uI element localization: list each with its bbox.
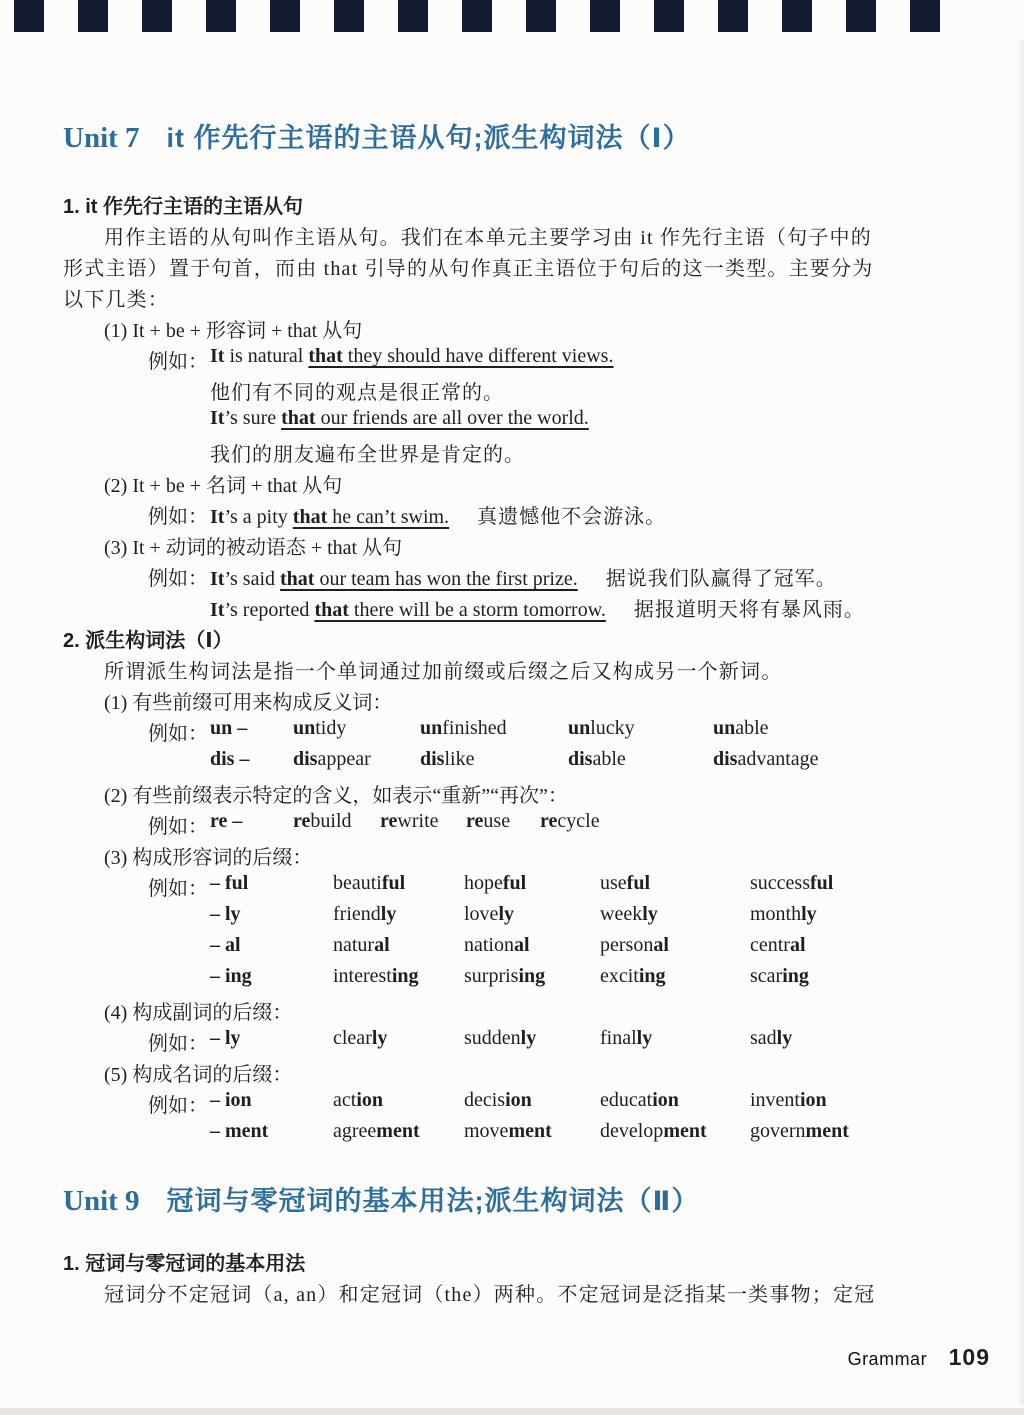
sub1-head-row: (1) 有些前缀可用来构成反义词： bbox=[0, 686, 1024, 717]
section2-para: 所谓派生构词法是指一个单词通过加前缀或后缀之后又构成另一个新词。 bbox=[104, 655, 782, 684]
prefix-cell: un – bbox=[210, 717, 247, 740]
word-row: 例如： re – rebuild rewrite reuse recycle bbox=[0, 810, 1024, 841]
footer-section-label: Grammar bbox=[848, 1349, 928, 1369]
example-english: It’s reported that there will be a storm… bbox=[210, 599, 606, 621]
word-row: – ing interesting surprising exciting sc… bbox=[0, 965, 1024, 996]
page-right-edge-shadow bbox=[1017, 40, 1024, 1405]
example-label: 例如： bbox=[148, 1027, 208, 1056]
sub5-head-row: (5) 构成名词的后缀： bbox=[0, 1058, 1024, 1089]
intro-line-2: 形式主语）置于句首，而由 that 引导的从句作真正主语位于句后的这一类型。主要… bbox=[63, 252, 873, 281]
sub2-head: (2) 有些前缀表示特定的含义，如表示“重新”“再次”： bbox=[104, 779, 568, 808]
word-row: – ment agreement movement development go… bbox=[0, 1120, 1024, 1151]
example-row: It’s reported that there will be a storm… bbox=[0, 593, 1024, 624]
prefix-cell: – ing bbox=[210, 965, 252, 988]
type3-head: (3) It + 动词的被动语态 + that 从句 bbox=[104, 531, 402, 560]
section1-heading-row: 1. it 作先行主语的主语从句 bbox=[0, 190, 1024, 221]
unit7-heading: Unit 7 it 作先行主语的主语从句;派生构词法（Ⅰ） bbox=[63, 116, 1024, 160]
sub4-head: (4) 构成副词的后缀： bbox=[104, 996, 292, 1025]
binding-stripe bbox=[398, 0, 428, 32]
prefix-cell: dis – bbox=[210, 748, 249, 771]
example-row: It’s sure that our friends are all over … bbox=[0, 407, 1024, 438]
binding-stripe bbox=[846, 0, 876, 32]
word-cell: national bbox=[464, 934, 530, 957]
section2-para-row: 所谓派生构词法是指一个单词通过加前缀或后缀之后又构成另一个新词。 bbox=[0, 655, 1024, 686]
intro-line-3: 以下几类： bbox=[63, 283, 169, 312]
binding-stripe bbox=[334, 0, 364, 32]
word-row: dis – disappear dislike disable disadvan… bbox=[0, 748, 1024, 779]
word-cell: government bbox=[750, 1120, 849, 1143]
binding-stripe bbox=[526, 0, 556, 32]
binding-stripe bbox=[14, 0, 44, 32]
word-row: 例如： – ful beautiful hopeful useful succe… bbox=[0, 872, 1024, 903]
binding-stripe bbox=[590, 0, 620, 32]
type1-head: (1) It + be + 形容词 + that 从句 bbox=[104, 314, 362, 343]
word-cell: clearly bbox=[333, 1027, 387, 1050]
example-row: 例如： It’s a pity that he can’t swim.真遗憾他不… bbox=[0, 500, 1024, 531]
word-cell: finally bbox=[600, 1027, 652, 1050]
word-row: 例如： – ion action decision education inve… bbox=[0, 1089, 1024, 1120]
word-cell: unlucky bbox=[568, 717, 635, 740]
translation-row: 我们的朋友遍布全世界是肯定的。 bbox=[0, 438, 1024, 469]
word-cell: disappear bbox=[293, 748, 371, 771]
sub1-head: (1) 有些前缀可用来构成反义词： bbox=[104, 686, 392, 715]
example-label: 例如： bbox=[148, 1089, 208, 1118]
unit9-number: Unit 9 bbox=[63, 1185, 140, 1217]
word-cell: natural bbox=[333, 934, 390, 957]
word-row: 例如： – ly clearly suddenly finally sadly bbox=[0, 1027, 1024, 1058]
example-english: It is natural that they should have diff… bbox=[210, 345, 613, 368]
example-label: 例如： bbox=[148, 872, 208, 901]
binding-stripe bbox=[718, 0, 748, 32]
section2-heading: 2. 派生构词法（Ⅰ） bbox=[63, 624, 233, 653]
word-cell: sadly bbox=[750, 1027, 792, 1050]
binding-stripe bbox=[654, 0, 684, 32]
intro-line: 以下几类： bbox=[0, 283, 1024, 314]
word-cell: recycle bbox=[540, 810, 600, 833]
word-cell: lovely bbox=[464, 903, 514, 926]
type2-head: (2) It + be + 名词 + that 从句 bbox=[104, 469, 342, 498]
example-translation: 据说我们队赢得了冠军。 bbox=[606, 568, 837, 590]
word-cell: successful bbox=[750, 872, 833, 895]
example-english: It’s a pity that he can’t swim. bbox=[210, 506, 449, 528]
word-cell: hopeful bbox=[464, 872, 526, 895]
example-translation: 真遗憾他不会游泳。 bbox=[477, 506, 666, 528]
intro-line-1: 用作主语的从句叫作主语从句。我们在本单元主要学习由 it 作先行主语（句子中的 bbox=[104, 221, 872, 250]
footer-page-number: 109 bbox=[949, 1344, 990, 1370]
sub4-head-row: (4) 构成副词的后缀： bbox=[0, 996, 1024, 1027]
prefix-cell: – ly bbox=[210, 903, 241, 926]
word-cell: personal bbox=[600, 934, 669, 957]
word-cell: interesting bbox=[333, 965, 419, 988]
word-cell: development bbox=[600, 1120, 707, 1143]
type1-head-row: (1) It + be + 形容词 + that 从句 bbox=[0, 314, 1024, 345]
unit9-section1-heading: 1. 冠词与零冠词的基本用法 bbox=[63, 1247, 305, 1276]
unit9-para: 冠词分不定冠词（a, an）和定冠词（the）两种。不定冠词是泛指某一类事物；定… bbox=[104, 1278, 875, 1307]
word-cell: untidy bbox=[293, 717, 346, 740]
word-row: 例如： un – untidy unfinished unlucky unabl… bbox=[0, 717, 1024, 748]
word-cell: surprising bbox=[464, 965, 545, 988]
example-line: It’s a pity that he can’t swim.真遗憾他不会游泳。 bbox=[210, 500, 666, 529]
binding-stripe bbox=[270, 0, 300, 32]
word-cell: disable bbox=[568, 748, 626, 771]
prefix-cell: re – bbox=[210, 810, 242, 833]
sub3-head: (3) 构成形容词的后缀： bbox=[104, 841, 312, 870]
unit9-section1-heading-row: 1. 冠词与零冠词的基本用法 bbox=[0, 1247, 1024, 1278]
example-english: It’s sure that our friends are all over … bbox=[210, 407, 589, 430]
page-bottom-edge bbox=[0, 1408, 1024, 1415]
binding-stripe bbox=[206, 0, 236, 32]
unit9-title-text: 冠词与零冠词的基本用法;派生构词法（Ⅱ） bbox=[167, 1186, 700, 1216]
unit9-para-row: 冠词分不定冠词（a, an）和定冠词（the）两种。不定冠词是泛指某一类事物；定… bbox=[0, 1278, 1024, 1309]
word-cell: education bbox=[600, 1089, 679, 1112]
prefix-cell: – ful bbox=[210, 872, 248, 895]
binding-stripe bbox=[78, 0, 108, 32]
word-row: – ly friendly lovely weekly monthly bbox=[0, 903, 1024, 934]
word-cell: movement bbox=[464, 1120, 552, 1143]
unit9-heading: Unit 9 冠词与零冠词的基本用法;派生构词法（Ⅱ） bbox=[63, 1179, 1024, 1223]
binding-stripes bbox=[0, 0, 1024, 32]
translation-row: 他们有不同的观点是很正常的。 bbox=[0, 376, 1024, 407]
word-cell: weekly bbox=[600, 903, 658, 926]
word-cell: invention bbox=[750, 1089, 827, 1112]
example-translation: 我们的朋友遍布全世界是肯定的。 bbox=[210, 438, 525, 467]
textbook-page: Unit 7 it 作先行主语的主语从句;派生构词法（Ⅰ） 1. it 作先行主… bbox=[0, 0, 1024, 1415]
prefix-cell: – al bbox=[210, 934, 241, 957]
word-cell: unable bbox=[713, 717, 769, 740]
word-cell: useful bbox=[600, 872, 650, 895]
word-cell: suddenly bbox=[464, 1027, 536, 1050]
example-label: 例如： bbox=[148, 345, 208, 374]
word-cell: reuse bbox=[466, 810, 510, 833]
word-cell: exciting bbox=[600, 965, 666, 988]
example-line: It’s reported that there will be a storm… bbox=[210, 593, 865, 622]
word-cell: beautiful bbox=[333, 872, 405, 895]
binding-stripe bbox=[142, 0, 172, 32]
word-cell: rewrite bbox=[380, 810, 439, 833]
word-cell: rebuild bbox=[293, 810, 352, 833]
example-label: 例如： bbox=[148, 810, 208, 839]
sub5-head: (5) 构成名词的后缀： bbox=[104, 1058, 292, 1087]
type3-head-row: (3) It + 动词的被动语态 + that 从句 bbox=[0, 531, 1024, 562]
prefix-cell: – ion bbox=[210, 1089, 252, 1112]
unit7-title-text: it 作先行主语的主语从句;派生构词法（Ⅰ） bbox=[167, 123, 691, 153]
example-row: 例如： It is natural that they should have … bbox=[0, 345, 1024, 376]
word-row: – al natural national personal central bbox=[0, 934, 1024, 965]
example-label: 例如： bbox=[148, 717, 208, 746]
section1-heading: 1. it 作先行主语的主语从句 bbox=[63, 190, 303, 219]
word-cell: dislike bbox=[420, 748, 474, 771]
intro-line: 形式主语）置于句首，而由 that 引导的从句作真正主语位于句后的这一类型。主要… bbox=[0, 252, 1024, 283]
word-cell: monthly bbox=[750, 903, 817, 926]
example-label: 例如： bbox=[148, 500, 208, 529]
prefix-cell: – ment bbox=[210, 1120, 268, 1143]
word-cell: action bbox=[333, 1089, 383, 1112]
example-english: It’s said that our team has won the firs… bbox=[210, 568, 578, 590]
word-cell: friendly bbox=[333, 903, 396, 926]
section2-heading-row: 2. 派生构词法（Ⅰ） bbox=[0, 624, 1024, 655]
sub3-head-row: (3) 构成形容词的后缀： bbox=[0, 841, 1024, 872]
word-cell: decision bbox=[464, 1089, 532, 1112]
sub2-head-row: (2) 有些前缀表示特定的含义，如表示“重新”“再次”： bbox=[0, 779, 1024, 810]
example-line: It’s said that our team has won the firs… bbox=[210, 562, 837, 591]
binding-stripe bbox=[782, 0, 812, 32]
example-label: 例如： bbox=[148, 562, 208, 591]
type2-head-row: (2) It + be + 名词 + that 从句 bbox=[0, 469, 1024, 500]
example-row: 例如： It’s said that our team has won the … bbox=[0, 562, 1024, 593]
page-footer: Grammar 109 bbox=[848, 1344, 990, 1371]
intro-line: 用作主语的从句叫作主语从句。我们在本单元主要学习由 it 作先行主语（句子中的 bbox=[0, 221, 1024, 252]
example-translation: 他们有不同的观点是很正常的。 bbox=[210, 376, 504, 405]
word-cell: central bbox=[750, 934, 806, 957]
word-cell: scaring bbox=[750, 965, 809, 988]
word-cell: disadvantage bbox=[713, 748, 819, 771]
example-translation: 据报道明天将有暴风雨。 bbox=[634, 599, 865, 621]
word-cell: unfinished bbox=[420, 717, 507, 740]
prefix-cell: – ly bbox=[210, 1027, 241, 1050]
binding-stripe bbox=[910, 0, 940, 32]
word-cell: agreement bbox=[333, 1120, 420, 1143]
unit7-number: Unit 7 bbox=[63, 122, 140, 154]
binding-stripe bbox=[462, 0, 492, 32]
